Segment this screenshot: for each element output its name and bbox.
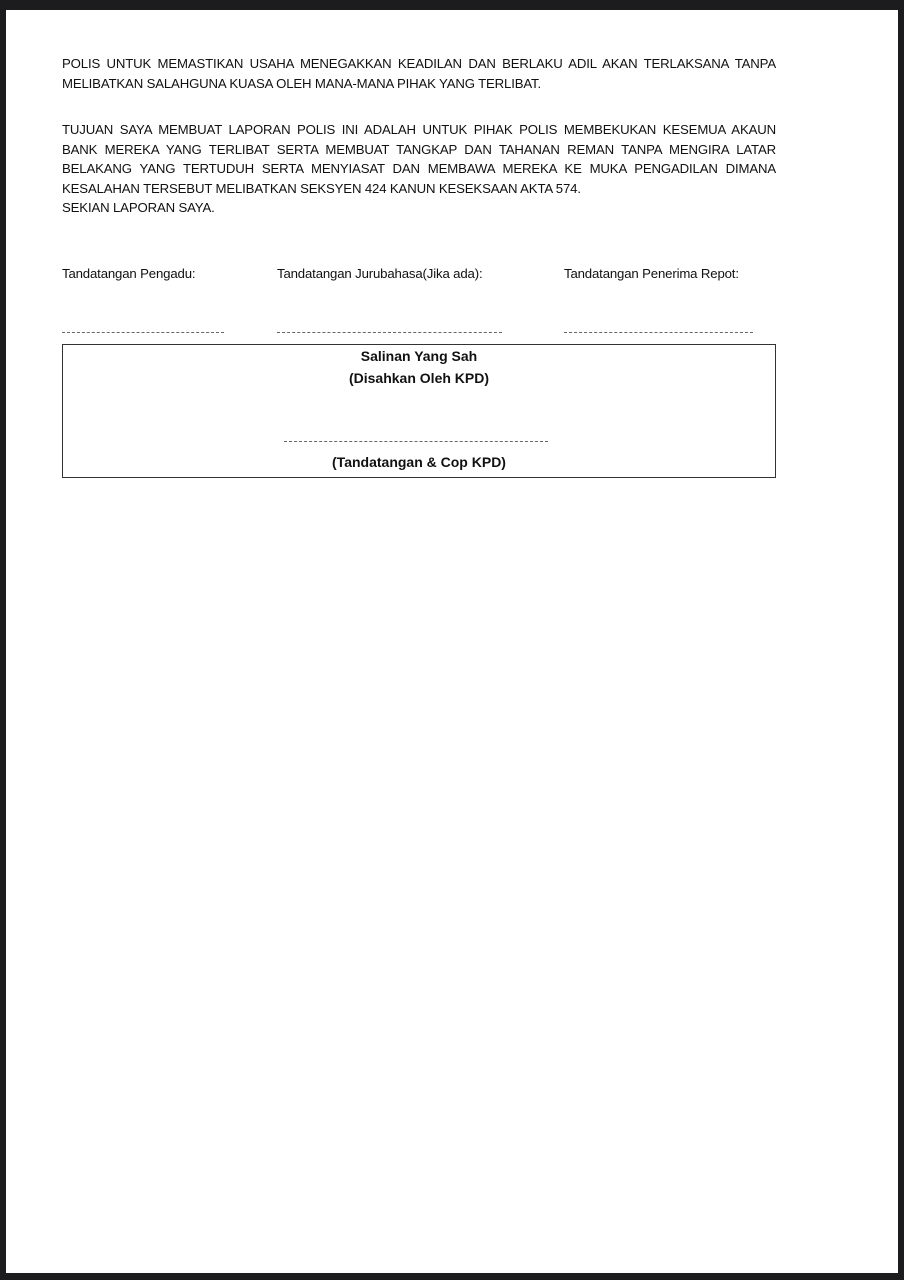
receiver-signature-line xyxy=(564,332,753,333)
paragraph-2: TUJUAN SAYA MEMBUAT LAPORAN POLIS INI AD… xyxy=(62,120,776,218)
kpd-signature-caption: (Tandatangan & Cop KPD) xyxy=(63,454,775,470)
interpreter-signature-label: Tandatangan Jurubahasa(Jika ada): xyxy=(277,266,482,281)
paragraph-line: POLIS UNTUK MEMASTIKAN USAHA MENEGAKKAN … xyxy=(62,54,776,74)
paragraph-line: KESALAHAN TERSEBUT MELIBATKAN SEKSYEN 42… xyxy=(62,179,776,199)
receiver-signature-label: Tandatangan Penerima Repot: xyxy=(564,266,739,281)
paragraph-line: SEKIAN LAPORAN SAYA. xyxy=(62,198,776,218)
paragraph-line: BANK MEREKA YANG TERLIBAT SERTA MEMBUAT … xyxy=(62,140,776,160)
paragraph-line: BELAKANG YANG TERTUDUH SERTA MENYIASAT D… xyxy=(62,159,776,179)
paragraph-1: POLIS UNTUK MEMASTIKAN USAHA MENEGAKKAN … xyxy=(62,54,776,93)
paragraph-line: MELIBATKAN SALAHGUNA KUASA OLEH MANA-MAN… xyxy=(62,74,776,94)
kpd-signature-line xyxy=(284,441,548,442)
certified-copy-title: Salinan Yang Sah xyxy=(63,348,775,364)
certified-copy-subtitle: (Disahkan Oleh KPD) xyxy=(63,370,775,386)
certified-copy-box: Salinan Yang Sah (Disahkan Oleh KPD) (Ta… xyxy=(62,344,776,478)
complainant-signature-label: Tandatangan Pengadu: xyxy=(62,266,195,281)
complainant-signature-line xyxy=(62,332,224,333)
document-page: POLIS UNTUK MEMASTIKAN USAHA MENEGAKKAN … xyxy=(6,10,898,1273)
interpreter-signature-line xyxy=(277,332,502,333)
paragraph-line: TUJUAN SAYA MEMBUAT LAPORAN POLIS INI AD… xyxy=(62,120,776,140)
